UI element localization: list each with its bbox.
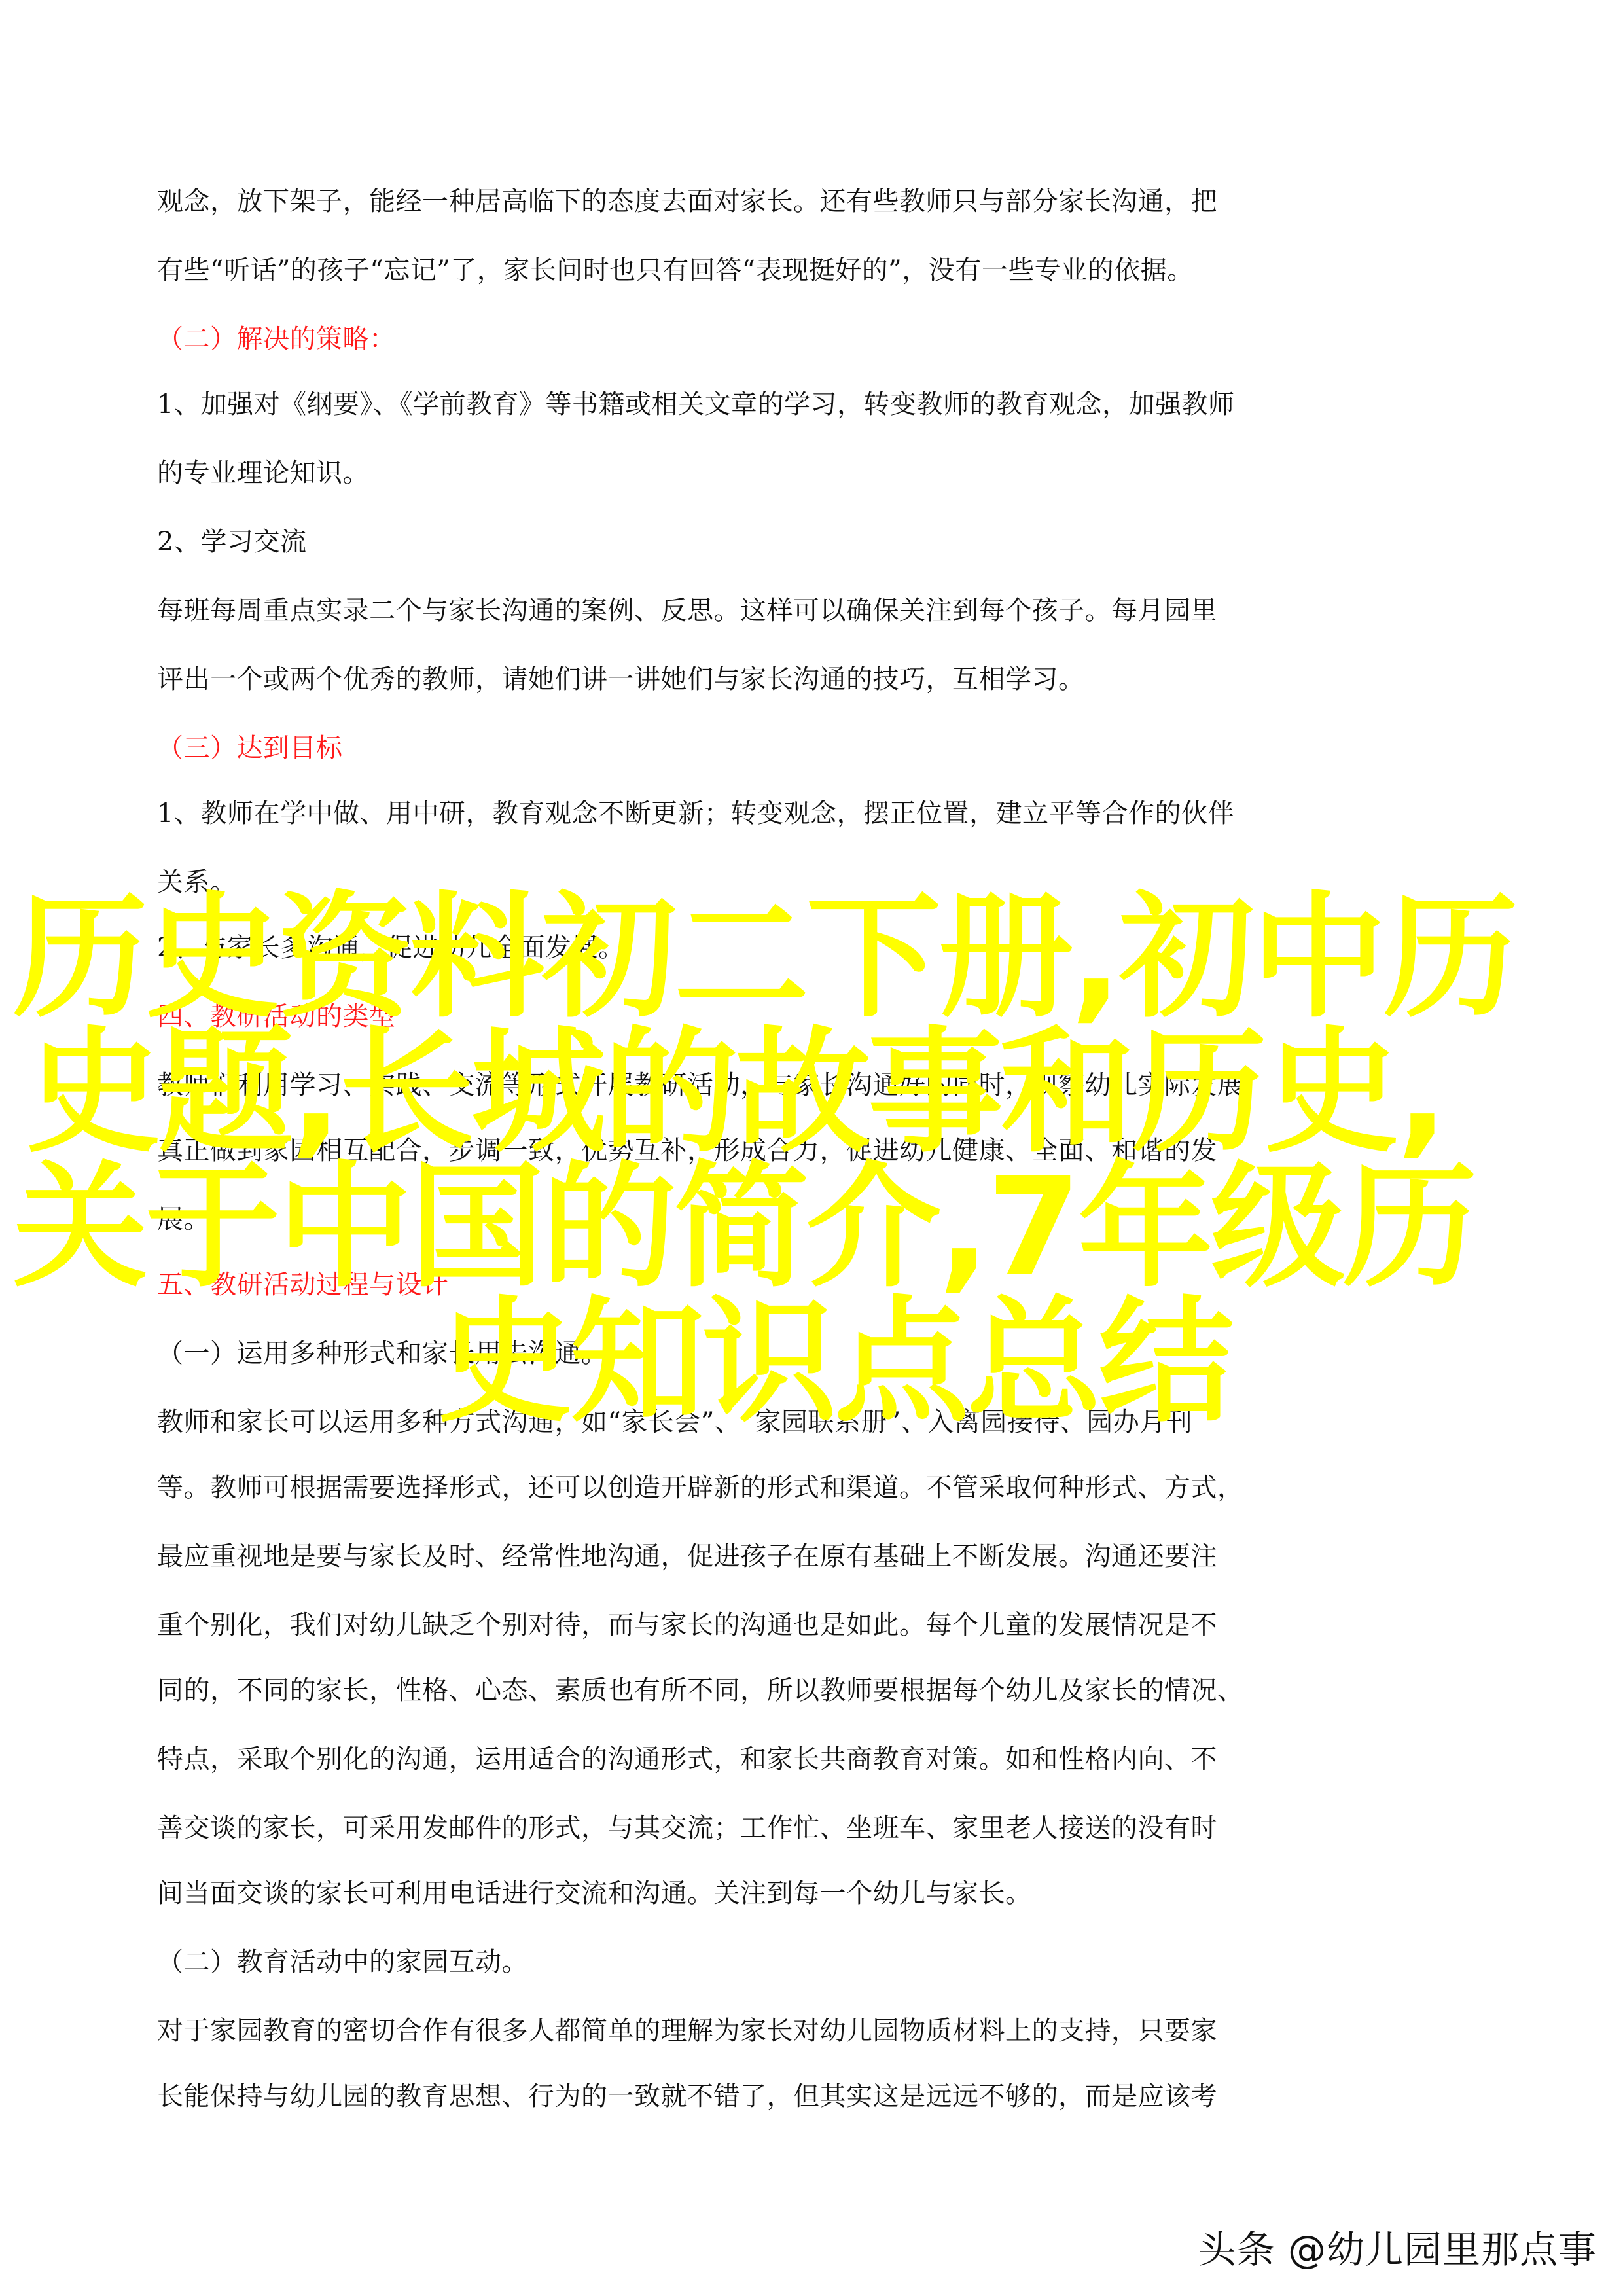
body-text-line: 2、学习交流 — [157, 524, 306, 560]
body-text-line: 的专业理论知识。 — [157, 455, 369, 492]
body-text-line: 最应重视地是要与家长及时、经常性地沟通，促进孩子在原有基础上不断发展。沟通还要注 — [157, 1538, 1217, 1575]
body-text-line: 观念，放下架子，能经一种居高临下的态度去面对家长。还有些教师只与部分家长沟通，把 — [157, 183, 1217, 220]
body-text-line: 重个别化，我们对幼儿缺乏个别对待，而与家长的沟通也是如此。每个儿童的发展情况是不 — [157, 1607, 1217, 1643]
body-text-line: 1、加强对《纲要》、《学前教育》等书籍或相关文章的学习，转变教师的教育观念，加强… — [157, 386, 1234, 423]
document-page: 观念，放下架子，能经一种居高临下的态度去面对家长。还有些教师只与部分家长沟通，把… — [0, 0, 1623, 2296]
body-text-line: 1、教师在学中做、用中研，教育观念不断更新；转变观念，摆正位置，建立平等合作的伙… — [157, 795, 1234, 832]
overlay-title-line-1: 历史资料初二下册,初中历 — [0, 890, 1623, 1025]
body-text-line: 间当面交谈的家长可利用电话进行交流和沟通。关注到每一个幼儿与家长。 — [157, 1875, 1032, 1912]
body-text-line: 有些“听话”的孩子“忘记”了，家长问时也只有回答“表现挺好的”，没有一些专业的依… — [157, 252, 1194, 289]
section-heading: （三）达到目标 — [157, 730, 343, 766]
overlay-title: 历史资料初二下册,初中历 史题,长城的故事和历史, 关于中国的简介,7年级历 史… — [0, 890, 1623, 1429]
body-text-line: 评出一个或两个优秀的教师，请她们讲一讲她们与家长沟通的技巧，互相学习。 — [157, 661, 1085, 698]
overlay-title-line-2: 史题,长城的故事和历史, — [0, 1025, 1623, 1160]
body-text-line: 特点，采取个别化的沟通，运用适合的沟通形式，和家长共商教育对策。如和性格内向、不 — [157, 1741, 1217, 1778]
body-text-line: 善交谈的家长，可采用发邮件的形式，与其交流；工作忙、坐班车、家里老人接送的没有时 — [157, 1810, 1217, 1846]
source-watermark: 头条 @幼儿园里那点事 — [1198, 2219, 1597, 2274]
body-text-line: 每班每周重点实录二个与家长沟通的案例、反思。这样可以确保关注到每个孩子。每月园里 — [157, 592, 1217, 629]
overlay-title-line-3: 关于中国的简介,7年级历 — [0, 1160, 1623, 1295]
body-text-line: 对于家园教育的密切合作有很多人都简单的理解为家长对幼儿园物质材料上的支持，只要家 — [157, 2013, 1217, 2049]
section-heading: （二）解决的策略： — [157, 321, 396, 357]
overlay-title-line-4: 史知识点总结 — [0, 1295, 1623, 1429]
body-text-line: 等。教师可根据需要选择形式，还可以创造开辟新的形式和渠道。不管采取何种形式、方式… — [157, 1469, 1244, 1506]
body-text-line: 同的，不同的家长，性格、心态、素质也有所不同，所以教师要根据每个幼儿及家长的情况… — [157, 1672, 1244, 1709]
body-text-line: 长能保持与幼儿园的教育思想、行为的一致就不错了，但其实这是远远不够的，而是应该考 — [157, 2078, 1217, 2115]
body-text-line: （二）教育活动中的家园互动。 — [157, 1944, 528, 1981]
